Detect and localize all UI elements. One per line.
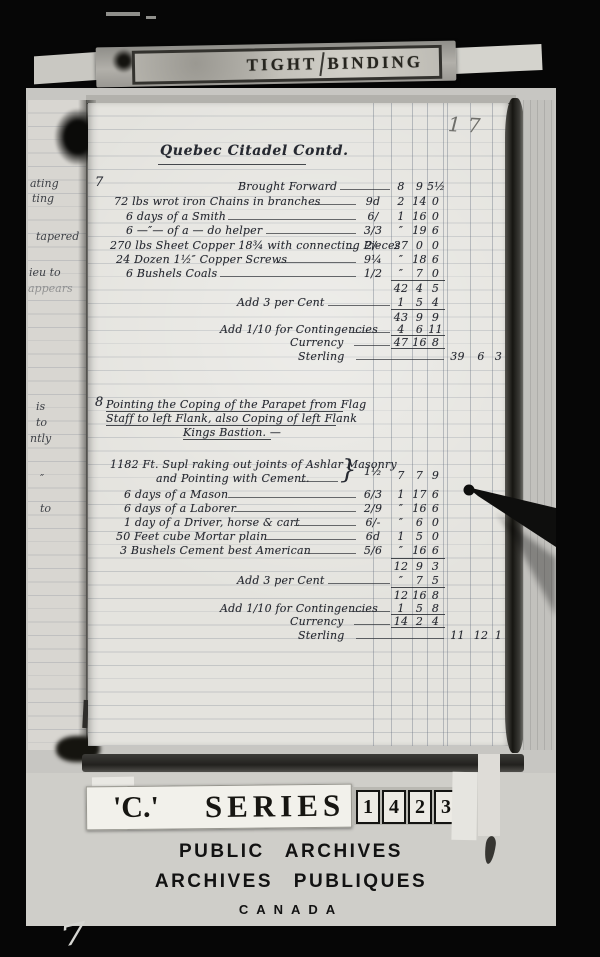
rate: 9d <box>356 195 390 208</box>
amount-pence: 6 <box>427 488 444 501</box>
section-heading: Kings Bastion. — <box>183 426 281 439</box>
sterling-pounds: 11 <box>445 629 470 642</box>
subtotal-pounds: 12 <box>390 560 412 573</box>
ledger-desc: Currency <box>290 336 344 349</box>
banner-word-binding: BINDING <box>327 52 423 74</box>
amount-pounds: 1 <box>390 296 412 309</box>
amount-pence: 6 <box>427 224 444 237</box>
amount-pence: 0 <box>427 530 444 543</box>
amount-pence: 5 <box>427 574 444 587</box>
dash-fill <box>294 525 356 526</box>
amount-shillings: 6 <box>412 516 427 529</box>
film-scratch <box>146 16 156 19</box>
ledger-desc: Add 1/10 for Contingencies <box>220 323 378 336</box>
ledger-desc: 24 Dozen 1½″ Copper Screws <box>116 253 287 266</box>
volume-digit: 4 <box>382 790 406 824</box>
tight-binding-strip: TIGHT BINDING <box>96 41 457 88</box>
ledger-desc: 6 —″— of a — do helper <box>126 224 262 237</box>
amount-pence: 9 <box>427 469 444 482</box>
column-rule <box>447 103 448 746</box>
amount-shillings: 5 <box>412 530 427 543</box>
paper-sliver <box>92 777 134 787</box>
amount-pence: 5½ <box>427 180 444 193</box>
amount-pounds: ″ <box>390 516 412 529</box>
amount-pounds: ″ <box>390 574 412 587</box>
ledger-desc: Add 3 per Cent <box>237 574 325 587</box>
margin-fragment: is <box>36 400 45 413</box>
series-word: SERIES <box>205 788 346 825</box>
brace-mark: } <box>340 455 357 485</box>
amount-pence: 0 <box>427 195 444 208</box>
book-board-edge <box>82 754 524 772</box>
item-number: 7 <box>95 176 103 189</box>
archives-line-fr: ARCHIVES PUBLIQUES <box>26 871 556 893</box>
sum-rule <box>391 627 445 628</box>
rate: 9¼ <box>356 253 390 266</box>
ledger-desc: 72 lbs wrot iron Chains in branches <box>114 195 321 208</box>
dash-fill <box>354 624 390 625</box>
dash-fill <box>266 233 356 234</box>
amount-shillings: 18 <box>412 253 427 266</box>
dash-fill <box>220 276 356 277</box>
margin-fragment: ting <box>32 192 54 205</box>
margin-fragment: appears <box>28 282 73 295</box>
margin-fragment: ntly <box>30 432 51 445</box>
sum-rule <box>391 348 445 349</box>
amount-pounds: ″ <box>390 544 412 557</box>
amount-pence: 0 <box>427 267 444 280</box>
page-block-edge <box>505 98 525 753</box>
subtotal-shillings: 9 <box>412 560 427 573</box>
dash-fill <box>264 539 356 540</box>
margin-fragment: ″ <box>40 472 44 485</box>
amount-shillings: 7 <box>412 574 427 587</box>
margin-fragment: to <box>36 416 47 429</box>
dash-fill <box>300 481 338 482</box>
amount-pounds: 7 <box>390 469 412 482</box>
dash-fill <box>346 248 356 249</box>
sterling-shillings: 12 <box>470 629 492 642</box>
amount-pounds: 1 <box>390 210 412 223</box>
ledger-desc: Brought Forward <box>238 180 337 193</box>
rate: 6d <box>356 530 390 543</box>
rate: 6/- <box>356 516 390 529</box>
ledger-desc: Currency <box>290 615 344 628</box>
rate: 6/3 <box>356 488 390 501</box>
amount-shillings: 16 <box>412 544 427 557</box>
page-edges-stack <box>523 100 554 750</box>
rate: 2/9 <box>356 502 390 515</box>
amount-pence: 0 <box>427 516 444 529</box>
label-crack <box>320 52 325 76</box>
sum-rule <box>391 280 445 281</box>
ledger-desc: Sterling <box>298 350 345 363</box>
volume-digit: 2 <box>408 790 432 824</box>
amount-pounds: ″ <box>390 267 412 280</box>
ledger-desc: Add 1/10 for Contingencies <box>220 602 378 615</box>
subtotal-pounds: 42 <box>390 282 412 295</box>
amount-pence: 6 <box>427 544 444 557</box>
film-scratch <box>106 12 140 16</box>
column-rule <box>470 103 471 746</box>
binding-strip-end <box>453 44 542 74</box>
amount-pounds: 27 <box>390 239 412 252</box>
dash-fill <box>228 497 356 498</box>
archival-photograph: TIGHT BINDING ating ting tapered ieu to … <box>0 0 600 957</box>
amount-shillings: 16 <box>412 589 427 602</box>
amount-pounds: 2 <box>390 195 412 208</box>
amount-shillings: 19 <box>412 224 427 237</box>
banner-word-tight: TIGHT <box>246 54 317 75</box>
sum-rule <box>391 558 445 559</box>
tight-binding-label: TIGHT BINDING <box>132 45 443 85</box>
ledger-desc: 3 Bushels Cement best American <box>120 544 311 557</box>
amount-shillings: 5 <box>412 296 427 309</box>
ledger-desc: 6 days of a Smith <box>126 210 226 223</box>
amount-shillings: 16 <box>412 502 427 515</box>
dash-fill <box>340 189 390 190</box>
ledger-desc: 50 Feet cube Mortar plain <box>116 530 267 543</box>
binding-strip-end <box>34 52 102 85</box>
section-heading: Staff to left Flank, also Coping of left… <box>106 412 357 425</box>
amount-pence: 8 <box>427 589 444 602</box>
sum-rule <box>391 309 445 310</box>
dash-fill <box>228 219 356 220</box>
paper-strip <box>451 772 477 840</box>
rate: 1/2 <box>356 267 390 280</box>
archives-line-canada: CANADA <box>26 902 556 917</box>
margin-fragment: tapered <box>36 230 79 243</box>
amount-pounds: ″ <box>390 253 412 266</box>
amount-pence: 0 <box>427 210 444 223</box>
series-label: 'C.' SERIES <box>86 784 352 831</box>
sterling-shillings: 6 <box>470 350 492 363</box>
amount-pounds: ″ <box>390 224 412 237</box>
amount-pence: 6 <box>427 502 444 515</box>
sterling-pounds: 39 <box>445 350 470 363</box>
amount-shillings: 16 <box>412 210 427 223</box>
amount-shillings: 7 <box>412 469 427 482</box>
dash-fill <box>276 262 356 263</box>
margin-fragment: ating <box>30 177 59 190</box>
amount-pounds: 1 <box>390 530 412 543</box>
dash-fill <box>328 305 390 306</box>
rate: 3/3 <box>356 224 390 237</box>
page-title: Quebec Citadel Contd. <box>160 145 349 158</box>
heading-underline <box>183 439 271 440</box>
sum-rule <box>391 587 445 588</box>
dash-fill <box>328 583 390 584</box>
subtotal-pence: 3 <box>427 560 444 573</box>
paper-strip <box>478 754 500 836</box>
column-rule <box>492 103 493 746</box>
margin-fragment: to <box>40 502 51 515</box>
rate: 6/ <box>356 210 390 223</box>
subtotal-shillings: 4 <box>412 282 427 295</box>
section-heading: Pointing the Coping of the Parapet from … <box>106 398 366 411</box>
page-number: 17 <box>447 112 488 138</box>
volume-digit: 1 <box>356 790 380 824</box>
dash-fill <box>356 359 444 360</box>
series-letter: 'C.' <box>113 791 159 825</box>
dash-fill <box>234 511 356 512</box>
ledger-desc: 6 Bushels Coals <box>126 267 217 280</box>
amount-shillings: 14 <box>412 195 427 208</box>
amount-shillings: 7 <box>412 267 427 280</box>
ledger-desc: Add 3 per Cent <box>237 296 325 309</box>
amount-pounds: ″ <box>390 502 412 515</box>
rate: 2/- <box>356 239 390 252</box>
ledger-desc: 6 days of a Mason <box>124 488 228 501</box>
ledger-desc: 6 days of a Laborer <box>124 502 236 515</box>
dash-fill <box>304 553 356 554</box>
amount-pounds: 12 <box>390 589 412 602</box>
amount-shillings: 9 <box>412 180 427 193</box>
dash-fill <box>350 611 390 612</box>
dash-fill <box>356 638 444 639</box>
title-underline <box>158 164 306 165</box>
amount-pence: 4 <box>427 296 444 309</box>
ledger-desc: Sterling <box>298 629 345 642</box>
amount-pounds: 1 <box>390 488 412 501</box>
rate: 5/6 <box>356 544 390 557</box>
amount-pence: 6 <box>427 253 444 266</box>
rate: 1½ <box>356 465 390 478</box>
sterling-pence: 3 <box>492 350 505 363</box>
dash-fill <box>350 332 390 333</box>
ledger-page: 17 Quebec Citadel Contd. 7 Brought Forwa… <box>88 103 508 746</box>
amount-pence: 0 <box>427 239 444 252</box>
ledger-desc: 1 day of a Driver, horse & cart <box>124 516 300 529</box>
subtotal-pence: 5 <box>427 282 444 295</box>
sterling-pence: 1 <box>492 629 505 642</box>
item-number: 8 <box>95 396 103 409</box>
ledger-desc: and Pointing with Cement. <box>156 472 310 485</box>
archives-line-en: PUBLIC ARCHIVES <box>26 841 556 863</box>
dash-fill <box>354 345 390 346</box>
amount-pounds: 8 <box>390 180 412 193</box>
dash-fill <box>312 204 356 205</box>
amount-shillings: 17 <box>412 488 427 501</box>
volume-number: 1 4 2 3 <box>356 790 458 824</box>
amount-shillings: 0 <box>412 239 427 252</box>
book-photo: ating ting tapered ieu to appears is to … <box>26 88 556 926</box>
margin-fragment: ieu to <box>29 266 61 279</box>
